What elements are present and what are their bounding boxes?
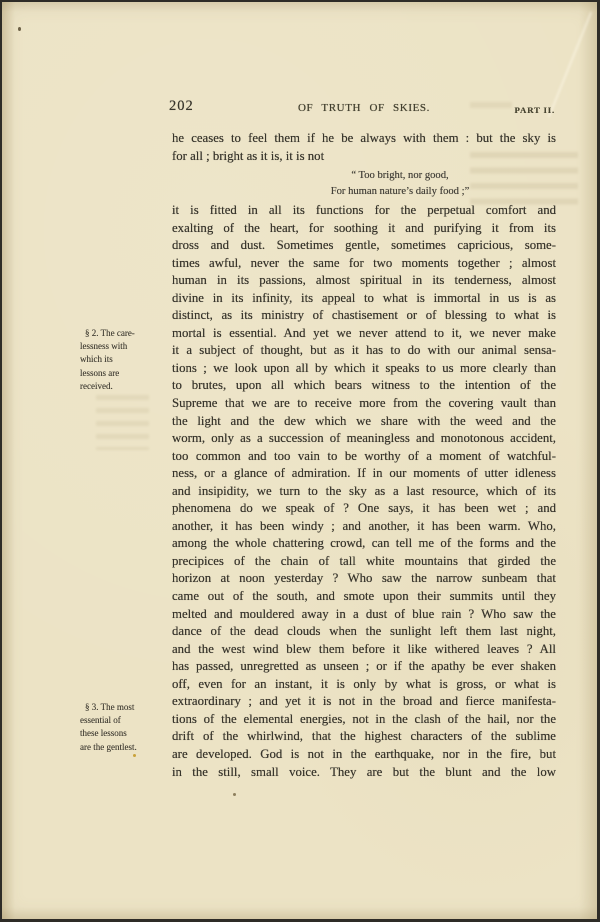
- running-header: OF TRUTH OF SKIES.: [172, 102, 556, 114]
- scanned-book-page: 202 OF TRUTH OF SKIES. PART II. he cease…: [0, 0, 600, 922]
- body-text-line: among the whole chattering crowd, can te…: [172, 535, 556, 553]
- body-text-line: Supreme that we are to receive more from…: [172, 395, 556, 413]
- body-text-line: another, it has been windy ; and another…: [172, 518, 556, 536]
- body-text-line: the light and the dew which we share wit…: [172, 413, 556, 431]
- body-text-line: distinct, as its ministry of chastisemen…: [172, 307, 556, 325]
- body-text-line: dross and dust. Sometimes gentle, someti…: [172, 237, 556, 255]
- ink-showthrough-left-margin: [96, 395, 149, 450]
- margin-note-line: lessons are: [80, 367, 144, 380]
- paper-speck: [133, 754, 136, 757]
- margin-note-line: § 3. The most: [80, 701, 144, 714]
- body-text-line: it is fitted in all its functions for th…: [172, 202, 556, 220]
- margin-note-line: these lessons: [80, 727, 144, 740]
- body-text-line: phenomena do we speak of ? One says, it …: [172, 500, 556, 518]
- verse-quote: “ Too bright, nor good,For human nature’…: [208, 168, 592, 199]
- body-text-line: ness, or a glance of admiration. If in o…: [172, 465, 556, 483]
- body-text-line: and the west wind blew them before it li…: [172, 641, 556, 659]
- margin-note-section-3: § 3. The mostessential ofthese lessonsar…: [80, 701, 144, 754]
- page-header: 202 OF TRUTH OF SKIES. PART II.: [172, 96, 556, 122]
- margin-note-line: essential of: [80, 714, 144, 727]
- body-text-line: too common and too vain to be worthy of …: [172, 448, 556, 466]
- body-text-line: are developed. God is not in the earthqu…: [172, 746, 556, 764]
- body-text-line: dance of the dead clouds when the sunlig…: [172, 623, 556, 641]
- margin-note-line: are the gentlest.: [80, 741, 144, 754]
- body-text-line: mortal is essential. And yet we never at…: [172, 325, 556, 343]
- body-text-line: tions ; we look upon all by which it spe…: [172, 360, 556, 378]
- body-text-line: came out of the south, and smote upon th…: [172, 588, 556, 606]
- intro-paragraph: he ceases to feel them if he be always w…: [172, 129, 556, 166]
- body-text-line: it a subject of thought, but as it has t…: [172, 342, 556, 360]
- paper-speck: [233, 793, 236, 796]
- body-text-line: to brutes, upon all which bears witness …: [172, 377, 556, 395]
- body-text-line: worm, only as a succession of meaningles…: [172, 430, 556, 448]
- body-text-line: extraordinary ; and yet it is not in the…: [172, 693, 556, 711]
- body-text-line: has passed, unregretted as unseen ; or i…: [172, 658, 556, 676]
- body-text-line: horizon at noon yesterday ? Who saw the …: [172, 570, 556, 588]
- part-label: PART II.: [515, 105, 555, 115]
- body-text-line: off, even for an instant, it is only by …: [172, 676, 556, 694]
- body-text-line: melted and mouldered away in a dust of b…: [172, 606, 556, 624]
- quote-text-line: For human nature’s daily food ;”: [208, 184, 592, 200]
- body-text-line: drift of the whirlwind, that the highest…: [172, 728, 556, 746]
- body-text-line: and insipidity, we turn to the sky as a …: [172, 483, 556, 501]
- margin-note-section-2: § 2. The care-lessness withwhich itsless…: [80, 327, 144, 393]
- paper-speck: [18, 27, 21, 31]
- margin-note-line: § 2. The care-: [80, 327, 144, 340]
- quote-text-line: “ Too bright, nor good,: [208, 168, 592, 184]
- margin-note-line: lessness with: [80, 340, 144, 353]
- body-text-line: in the still, small voice. They are but …: [172, 764, 556, 782]
- main-paragraph: it is fitted in all its functions for th…: [172, 202, 556, 781]
- book-page-paper: 202 OF TRUTH OF SKIES. PART II. he cease…: [2, 2, 597, 919]
- body-text-line: divine in its infinity, its appeal to wh…: [172, 290, 556, 308]
- body-text-line: precipices of the chain of tall white mo…: [172, 553, 556, 571]
- body-text-line: human in its passions, almost spiritual …: [172, 272, 556, 290]
- margin-note-line: received.: [80, 380, 144, 393]
- intro-text-line: for all ; bright as it is, it is not: [172, 147, 556, 165]
- margin-note-line: which its: [80, 353, 144, 366]
- body-text-line: tions of the elemental energies, not in …: [172, 711, 556, 729]
- intro-text-line: he ceases to feel them if he be always w…: [172, 129, 556, 147]
- body-text-line: times awful, never the same for two mome…: [172, 255, 556, 273]
- body-text-line: exalting of the heart, for soothing it a…: [172, 220, 556, 238]
